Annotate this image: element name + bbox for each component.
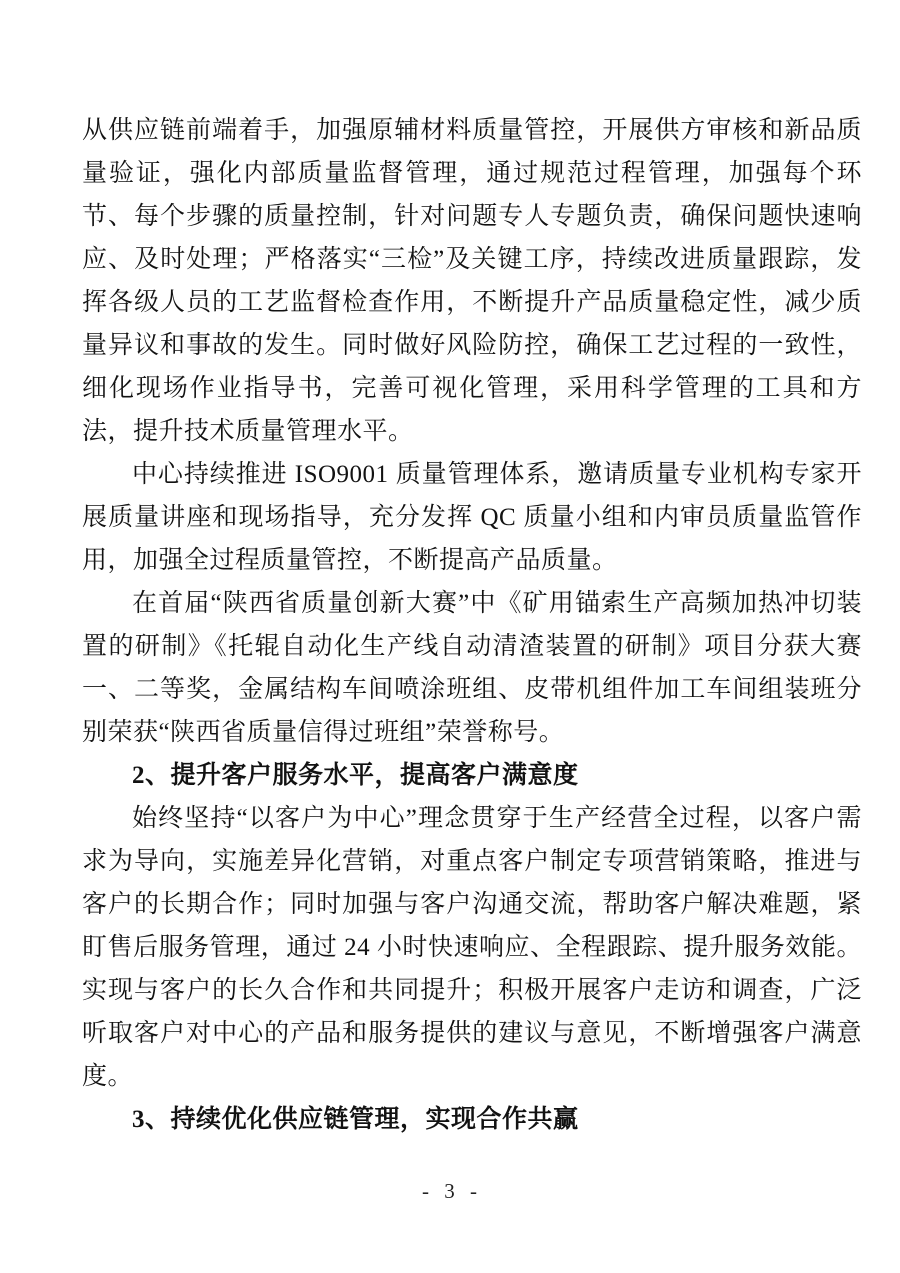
- page-number: - 3 -: [422, 1179, 478, 1203]
- paragraph-quality-control: 从供应链前端着手，加强原辅材料质量管控，开展供方审核和新品质量验证，强化内部质量…: [82, 109, 862, 453]
- paragraph-quality-awards: 在首届“陕西省质量创新大赛”中《矿用锚索生产高频加热冲切装置的研制》《托辊自动化…: [82, 582, 862, 754]
- page-footer: - 3 -: [0, 1178, 900, 1204]
- section-heading-customer-service: 2、提升客户服务水平，提高客户满意度: [82, 754, 862, 797]
- document-body: 从供应链前端着手，加强原辅材料质量管控，开展供方审核和新品质量验证，强化内部质量…: [82, 109, 862, 1141]
- section-heading-supply-chain: 3、持续优化供应链管理，实现合作共赢: [82, 1098, 862, 1141]
- document-page: 从供应链前端着手，加强原辅材料质量管控，开展供方审核和新品质量验证，强化内部质量…: [0, 0, 900, 1273]
- paragraph-iso9001: 中心持续推进 ISO9001 质量管理体系，邀请质量专业机构专家开展质量讲座和现…: [82, 453, 862, 582]
- paragraph-customer-service: 始终坚持“以客户为中心”理念贯穿于生产经营全过程，以客户需求为导向，实施差异化营…: [82, 797, 862, 1098]
